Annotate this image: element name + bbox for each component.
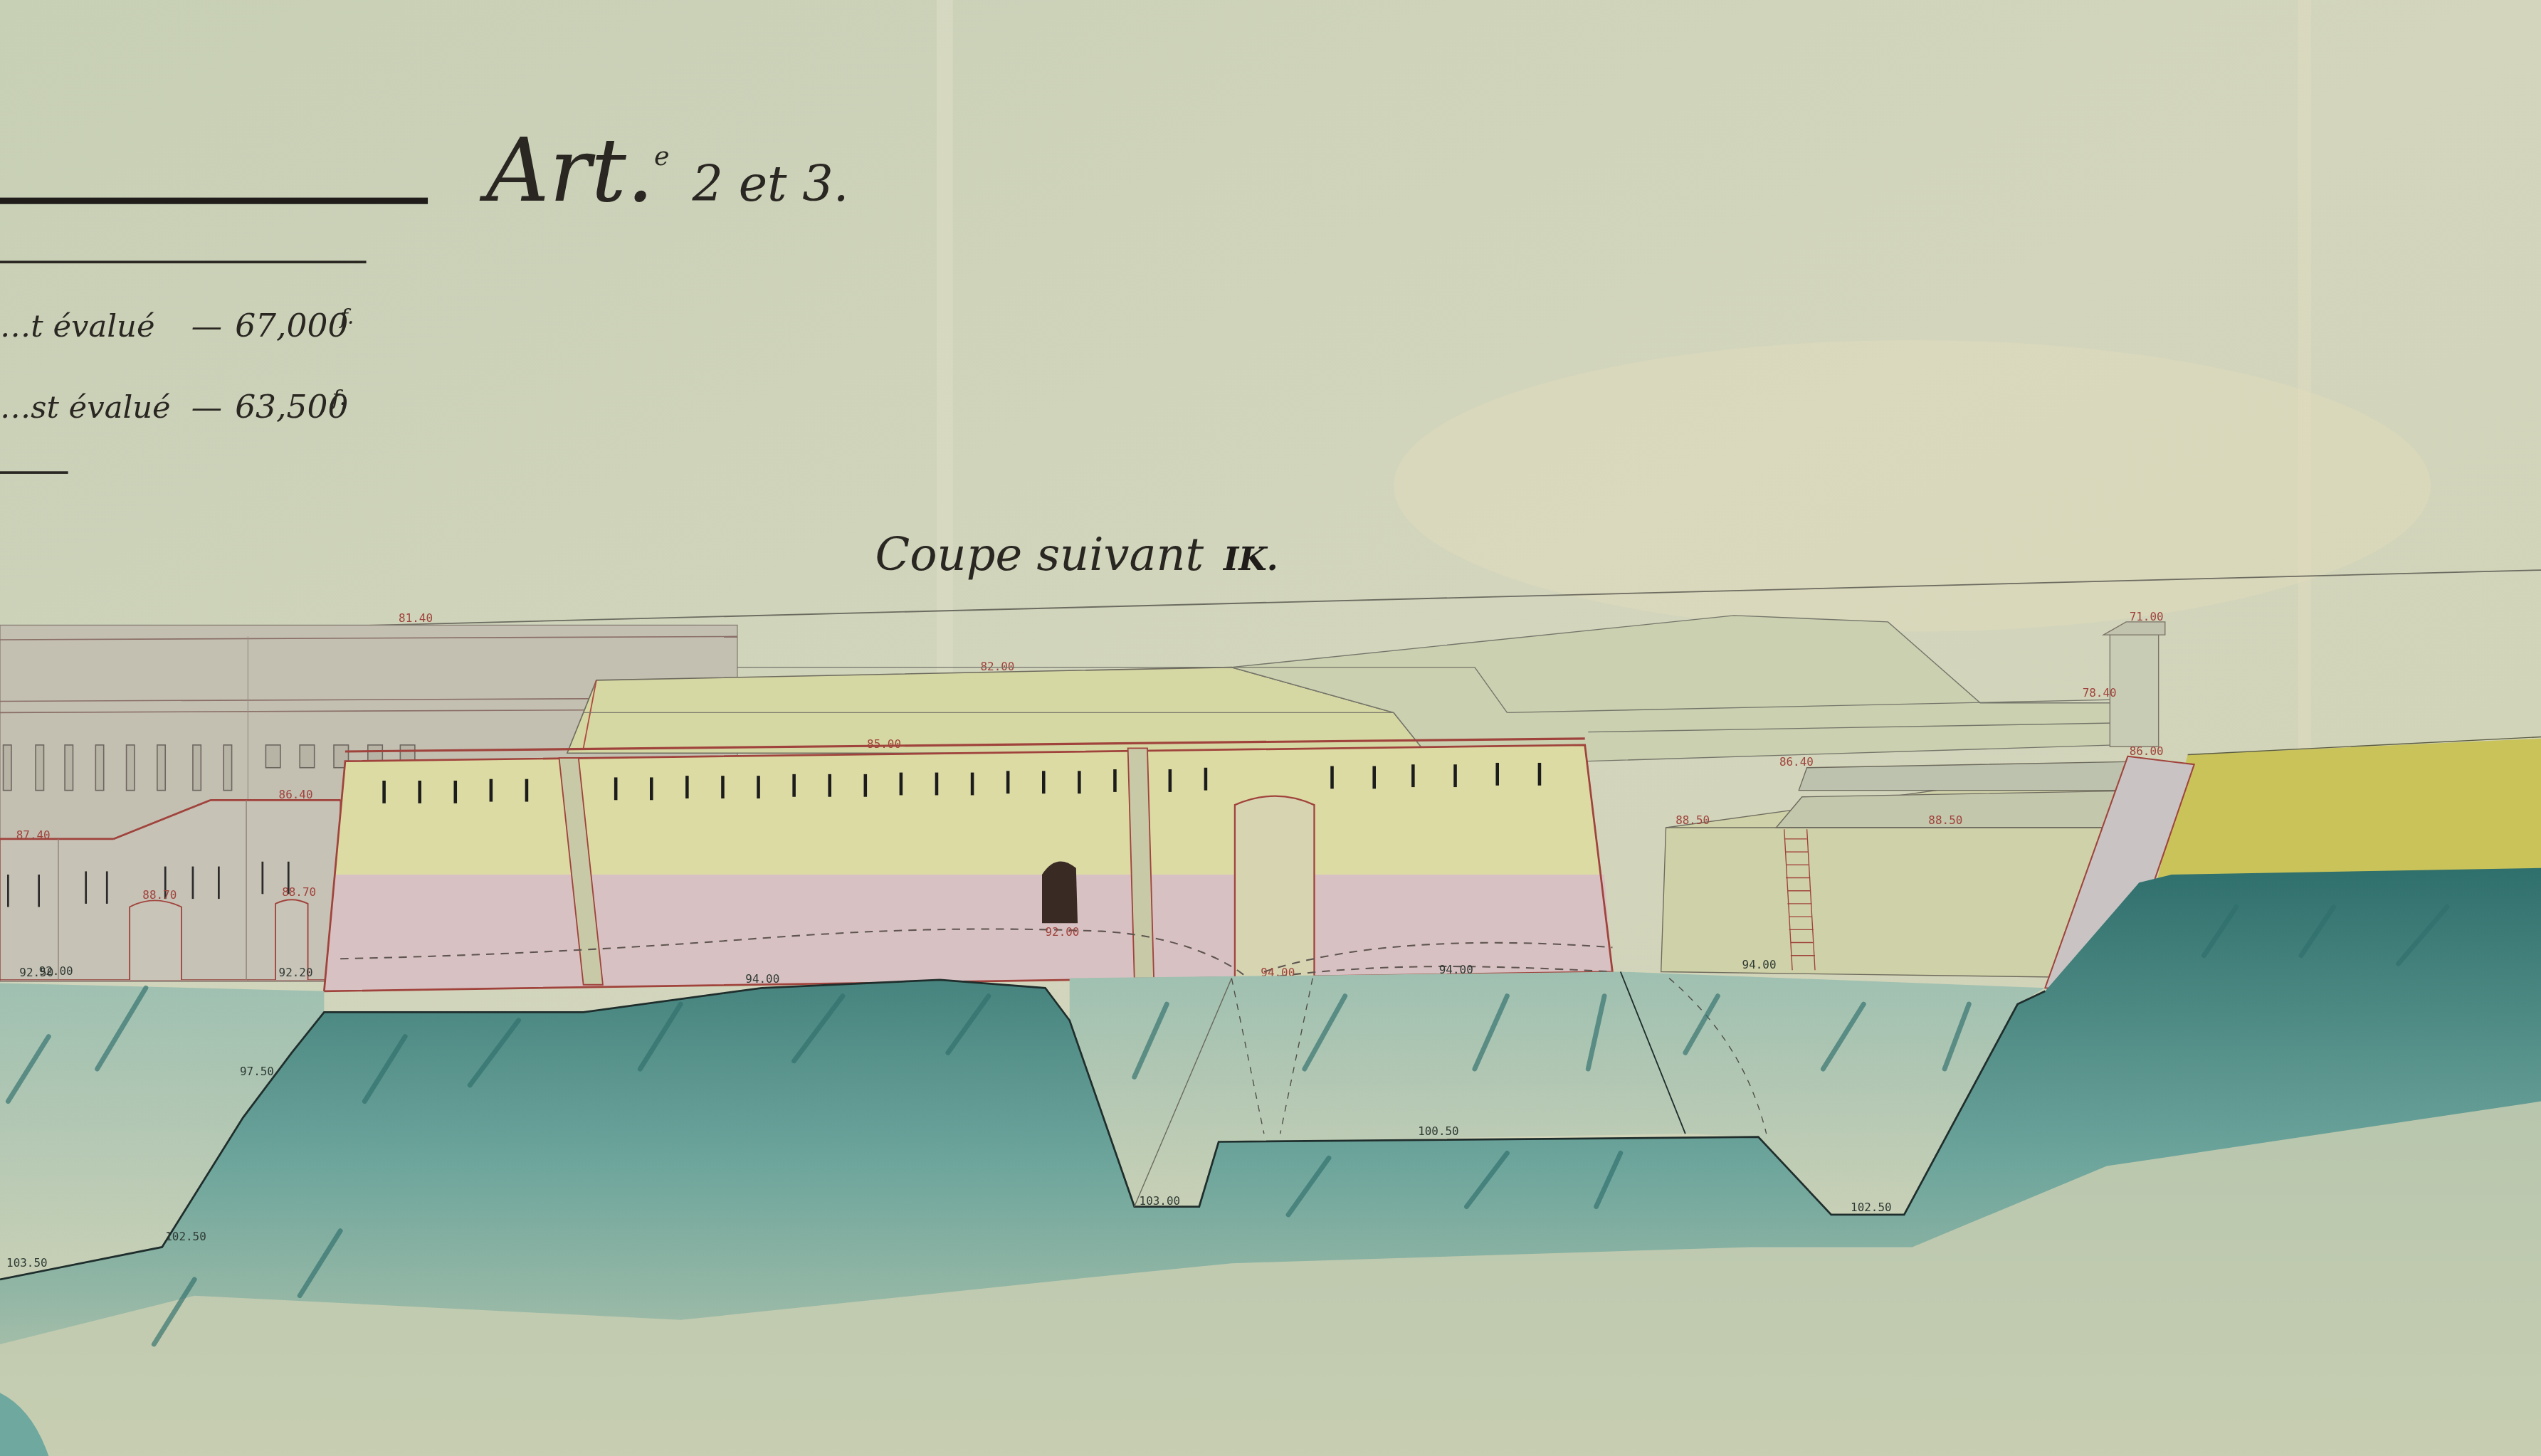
svg-text:88.50: 88.50 bbox=[1928, 813, 1962, 827]
embrasure-opening bbox=[1042, 861, 1078, 923]
svg-text:87.40: 87.40 bbox=[16, 828, 51, 842]
svg-text:85.00: 85.00 bbox=[867, 737, 901, 751]
svg-text:92.00: 92.00 bbox=[39, 964, 73, 978]
header-rule-thin bbox=[0, 260, 367, 263]
svg-text:94.00: 94.00 bbox=[745, 972, 779, 986]
svg-text:88.50: 88.50 bbox=[1675, 813, 1710, 827]
svg-text:103.00: 103.00 bbox=[1140, 1194, 1181, 1208]
svg-text:94.00: 94.00 bbox=[1439, 963, 1473, 976]
svg-text:102.50: 102.50 bbox=[165, 1230, 206, 1243]
svg-text:92.00: 92.00 bbox=[1046, 925, 1080, 939]
svg-text:88.70: 88.70 bbox=[142, 888, 177, 902]
svg-text:100.50: 100.50 bbox=[1418, 1124, 1459, 1138]
header-rule-thick bbox=[0, 198, 428, 204]
svg-text:86.40: 86.40 bbox=[1779, 755, 1814, 769]
drawing-sheet: Art.e2 et 3. …t évalué — 67,000 f. …st é… bbox=[0, 0, 2541, 1456]
main-rampart: 85.00 92.00 94.00 94.60 bbox=[324, 737, 1612, 992]
water-stain bbox=[1394, 340, 2431, 632]
svg-text:94.00: 94.00 bbox=[1742, 958, 1777, 971]
svg-text:78.40: 78.40 bbox=[2083, 686, 2117, 700]
svg-text:92.20: 92.20 bbox=[279, 966, 313, 979]
svg-text:…t évalué: …t évalué bbox=[0, 309, 155, 344]
svg-text:81.40: 81.40 bbox=[399, 611, 433, 625]
svg-text:IK.: IK. bbox=[1222, 539, 1278, 578]
svg-text:102.50: 102.50 bbox=[1851, 1201, 1892, 1214]
svg-text:88.70: 88.70 bbox=[282, 885, 316, 899]
svg-text:67,000: 67,000 bbox=[235, 307, 348, 344]
footer-rule bbox=[0, 471, 68, 474]
glacis bbox=[2155, 737, 2541, 888]
svg-text:—: — bbox=[191, 390, 222, 426]
svg-text:f.: f. bbox=[339, 305, 354, 329]
svg-text:f.: f. bbox=[331, 386, 346, 410]
svg-text:Coupe suivant: Coupe suivant bbox=[875, 529, 1204, 581]
svg-text:…st évalué: …st évalué bbox=[0, 390, 171, 426]
svg-text:71.00: 71.00 bbox=[2130, 610, 2164, 623]
svg-text:86.40: 86.40 bbox=[279, 788, 313, 801]
svg-text:63,500: 63,500 bbox=[235, 388, 348, 426]
svg-text:86.00: 86.00 bbox=[2130, 744, 2164, 758]
svg-text:—: — bbox=[191, 309, 222, 344]
svg-text:103.50: 103.50 bbox=[6, 1256, 48, 1270]
svg-text:97.50: 97.50 bbox=[240, 1065, 274, 1078]
gateway bbox=[1235, 796, 1315, 978]
svg-text:82.00: 82.00 bbox=[980, 660, 1014, 673]
